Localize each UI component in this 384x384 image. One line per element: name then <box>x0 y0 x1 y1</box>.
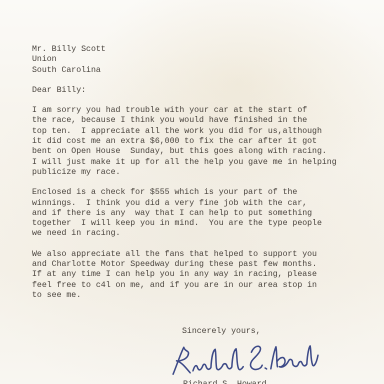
recipient-city: Union <box>32 55 364 65</box>
handwritten-signature <box>168 339 321 381</box>
body-paragraph-3: We also appreciate all the fans that hel… <box>32 250 364 301</box>
typed-signature-name: Richard S. Howard <box>182 380 364 384</box>
body-paragraph-1: I am sorry you had trouble with your car… <box>32 106 364 178</box>
body-paragraph-2: Enclosed is a check for $555 which is yo… <box>32 188 364 239</box>
salutation: Dear Billy: <box>32 86 364 96</box>
recipient-name: Mr. Billy Scott <box>32 45 364 55</box>
closing-block: Sincerely yours, Richard S. Howard <box>32 327 364 384</box>
recipient-address: Mr. Billy Scott Union South Carolina <box>32 45 364 76</box>
letter-page: Mr. Billy Scott Union South Carolina Dea… <box>0 0 384 384</box>
closing-phrase: Sincerely yours, <box>182 327 364 337</box>
recipient-state: South Carolina <box>32 66 364 76</box>
